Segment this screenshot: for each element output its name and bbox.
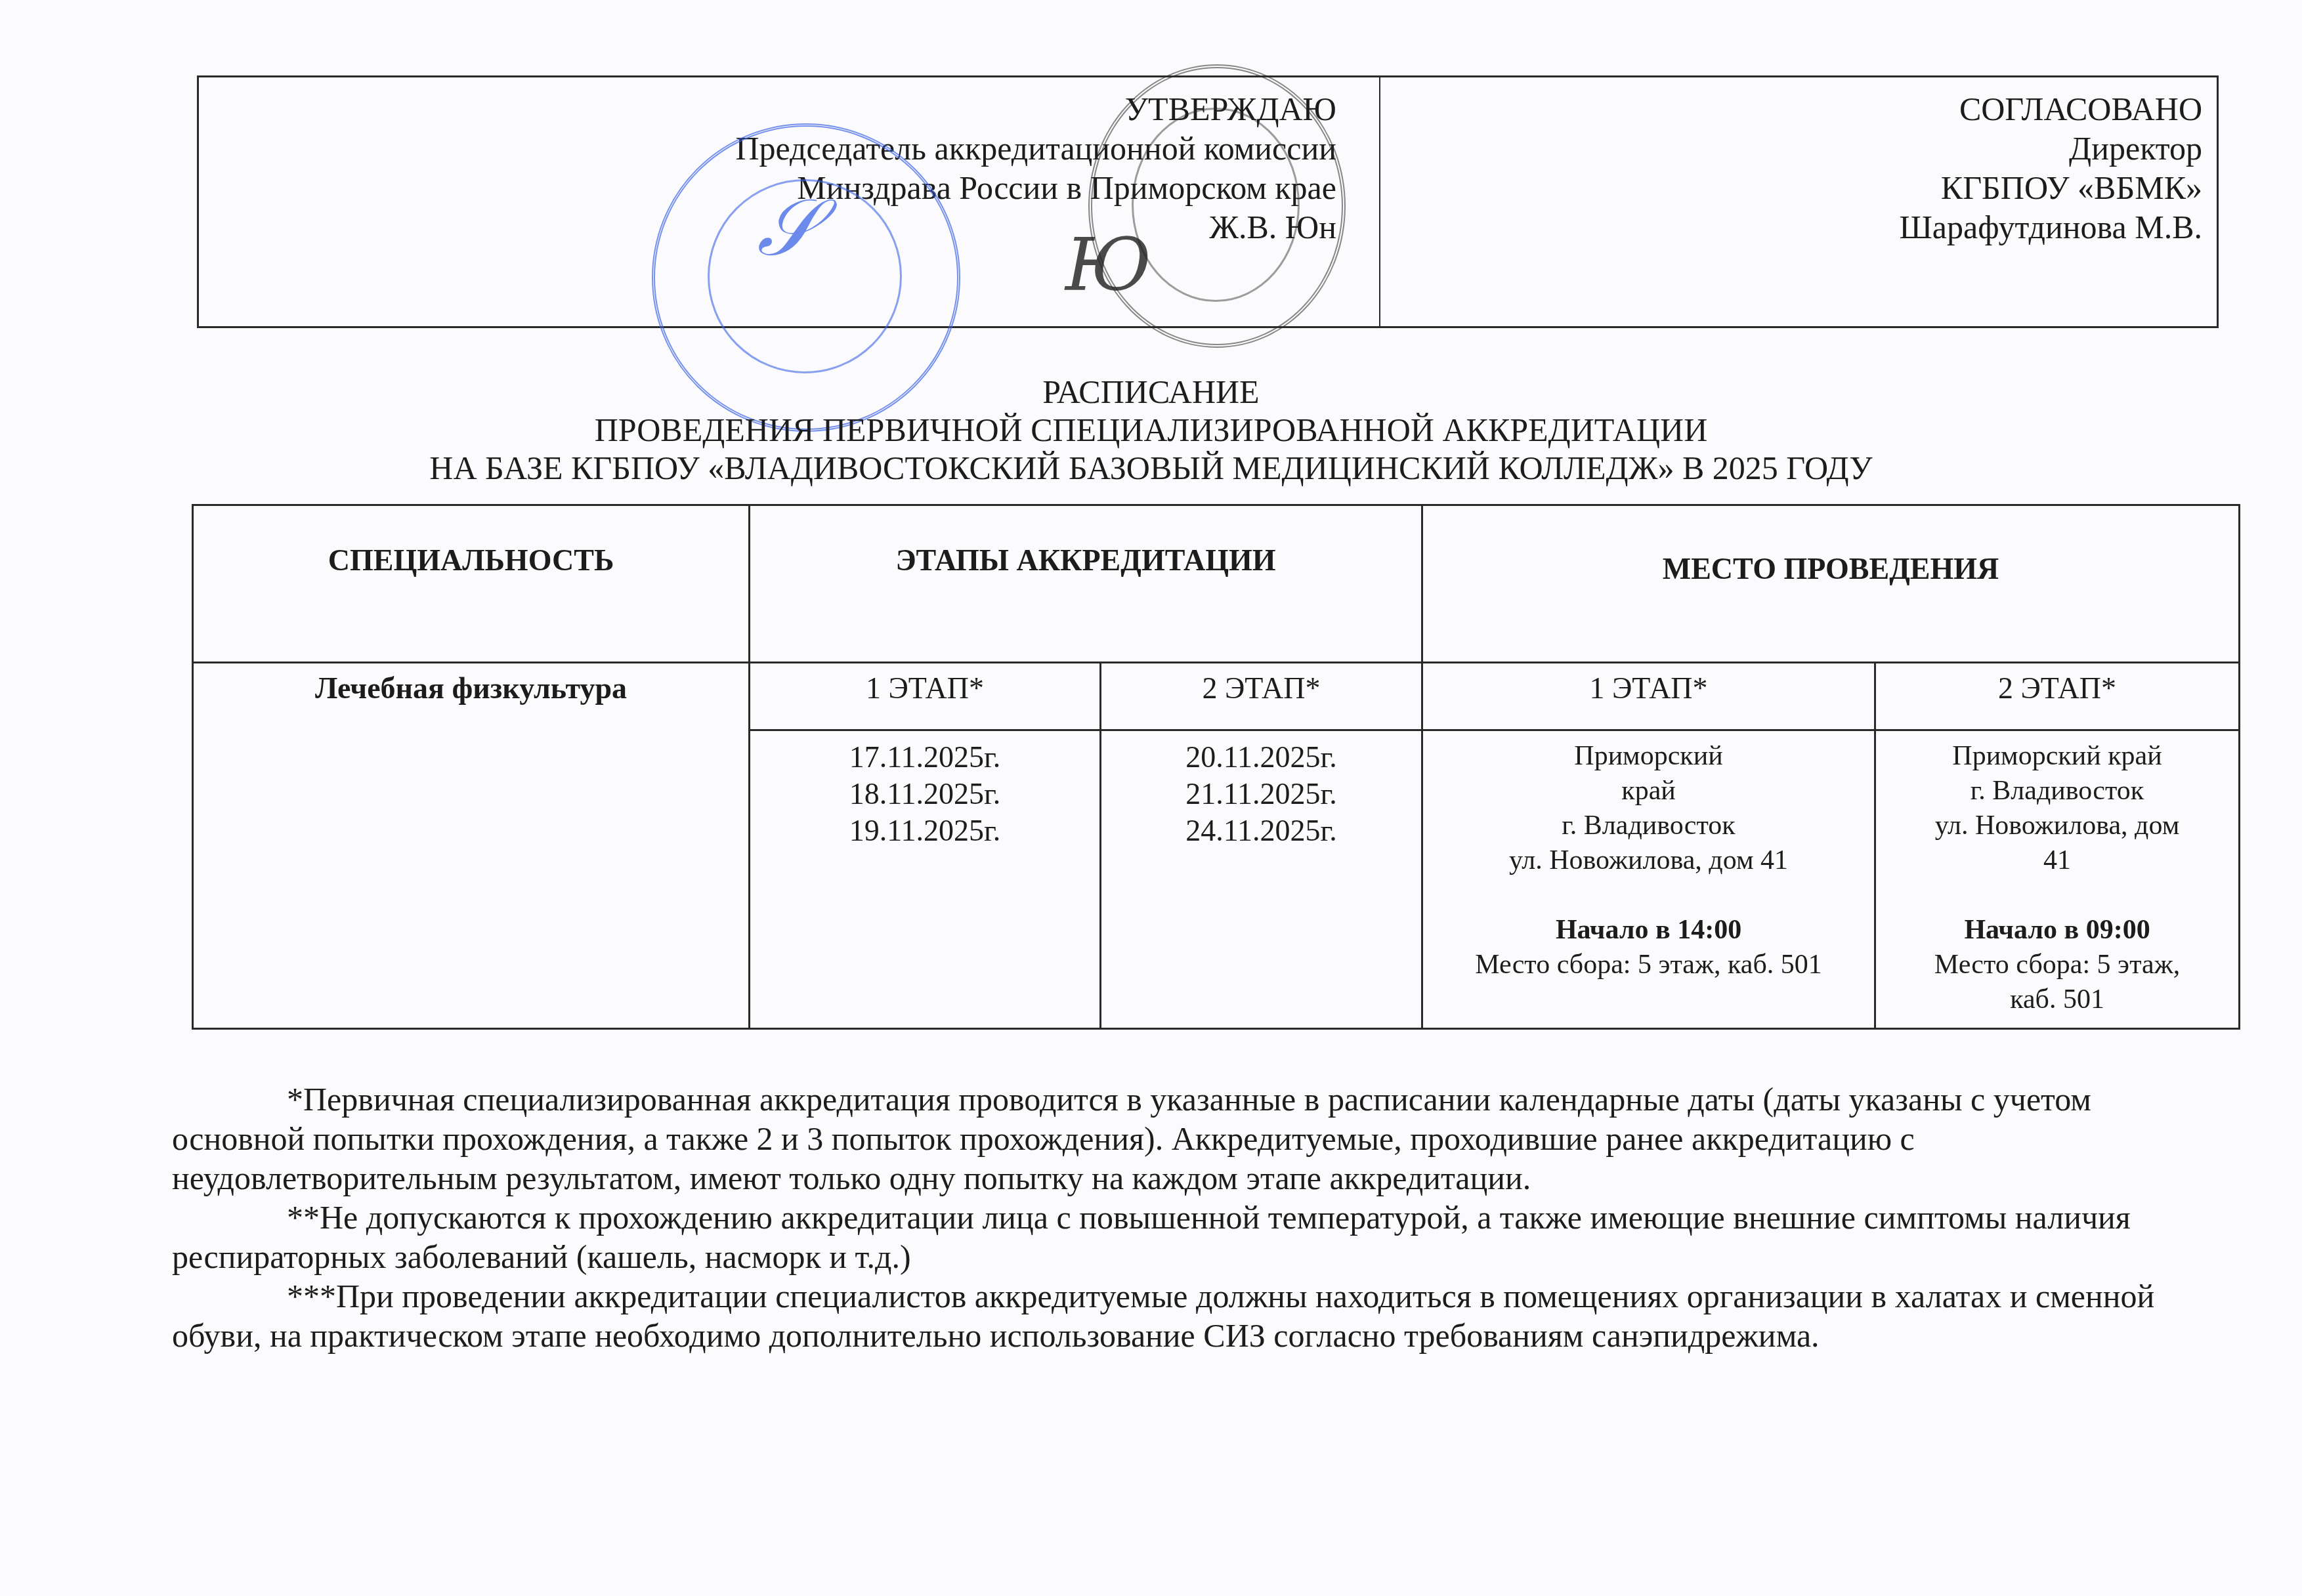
approved-line2: Минздрава России в Приморском крае [199,168,1336,207]
approval-approved: Ю УТВЕРЖДАЮ Председатель аккредитационно… [199,77,1380,326]
footnote-3: ***При проведении аккредитации специалис… [172,1276,2174,1355]
table-header-row: СПЕЦИАЛЬНОСТЬ ЭТАПЫ АККРЕДИТАЦИИ МЕСТО П… [193,505,2240,663]
location1-label: 1 ЭТАП* [1422,663,1875,730]
footnotes: *Первичная специализированная аккредитац… [172,1080,2174,1355]
document-title: РАСПИСАНИЕ ПРОВЕДЕНИЯ ПЕРВИЧНОЙ СПЕЦИАЛИ… [0,373,2302,487]
agreed-signer: Шарафутдинова М.В. [1380,207,2202,247]
agreed-line1: Директор [1380,129,2202,168]
stage1-label: 1 ЭТАП* [750,663,1101,730]
title-line1: РАСПИСАНИЕ [0,373,2302,411]
title-line2: ПРОВЕДЕНИЯ ПЕРВИЧНОЙ СПЕЦИАЛИЗИРОВАННОЙ … [0,411,2302,449]
stage1-location: Приморский край г. Владивосток ул. Новож… [1422,730,1875,1029]
footnote-1: *Первичная специализированная аккредитац… [172,1080,2174,1198]
header-location: МЕСТО ПРОВЕДЕНИЯ [1422,505,2240,663]
footnote-2: **Не допускаются к прохождению аккредита… [172,1198,2174,1276]
stage2-label: 2 ЭТАП* [1101,663,1422,730]
stage2-dates: 20.11.2025г. 21.11.2025г. 24.11.2025г. [1101,730,1422,1029]
header-specialty: СПЕЦИАЛЬНОСТЬ [193,505,750,663]
agreed-heading: СОГЛАСОВАНО [1380,89,2202,129]
approval-block: Ю УТВЕРЖДАЮ Председатель аккредитационно… [197,75,2219,328]
approved-signer: Ж.В. Юн [199,207,1336,247]
approved-heading: УТВЕРЖДАЮ [199,89,1336,129]
approval-agreed: 𝒮 СОГЛАСОВАНО Директор КГБПОУ «ВБМК» Шар… [1380,77,2217,326]
schedule-table: СПЕЦИАЛЬНОСТЬ ЭТАПЫ АККРЕДИТАЦИИ МЕСТО П… [192,504,2240,1030]
signature-left: Ю [1065,245,1151,284]
table-row: Лечебная физкультура 1 ЭТАП* 2 ЭТАП* 1 Э… [193,663,2240,730]
stage2-location: Приморский край г. Владивосток ул. Новож… [1875,730,2240,1029]
title-line3: НА БАЗЕ КГБПОУ «ВЛАДИВОСТОКСКИЙ БАЗОВЫЙ … [0,449,2302,487]
stage2-start-time: Начало в 09:00 [1876,913,2238,948]
header-stages: ЭТАПЫ АККРЕДИТАЦИИ [750,505,1422,663]
specialty-cell: Лечебная физкультура [193,663,750,1029]
location2-label: 2 ЭТАП* [1875,663,2240,730]
agreed-line2: КГБПОУ «ВБМК» [1380,168,2202,207]
stage1-dates: 17.11.2025г. 18.11.2025г. 19.11.2025г. [750,730,1101,1029]
stage1-start-time: Начало в 14:00 [1423,913,1874,948]
approved-line1: Председатель аккредитационной комиссии [199,129,1336,168]
